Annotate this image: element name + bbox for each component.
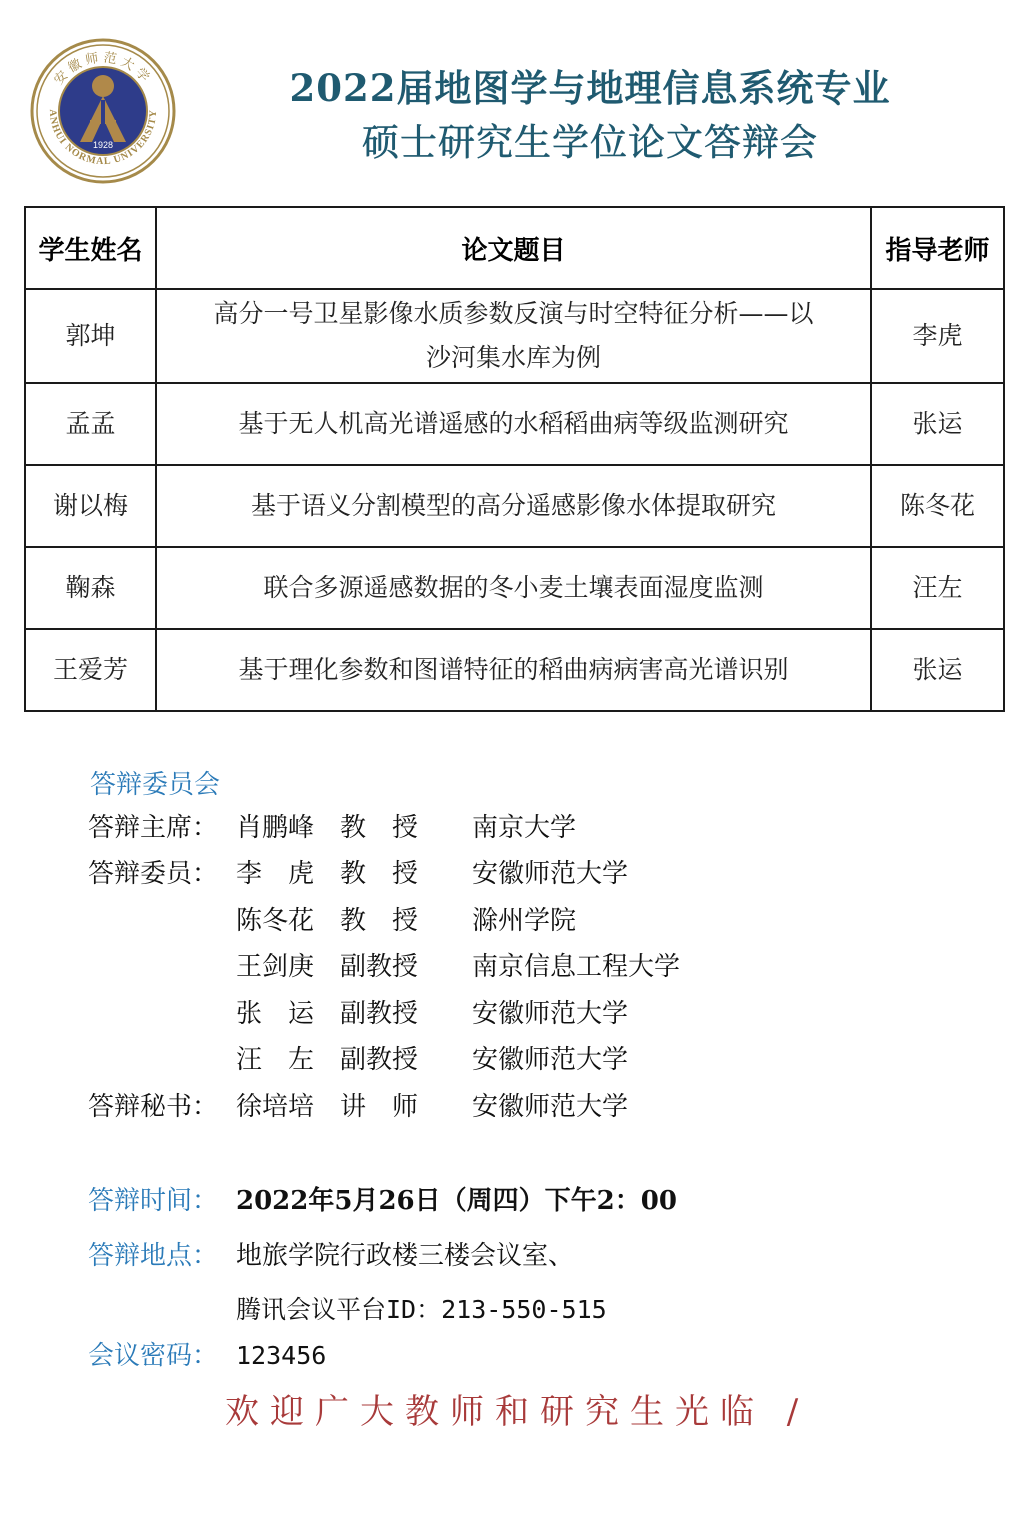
thesis-title: 联合多源遥感数据的冬小麦土壤表面湿度监测 [156,547,871,629]
member-org: 安徽师范大学 [472,1086,628,1123]
table-row: 谢以梅 基于语义分割模型的高分遥感影像水体提取研究 陈冬花 [25,465,1004,547]
university-logo: 1928 ANHUI NORMAL UNIVERSITY 安徽师范大学 [30,38,176,184]
thesis-title-line: 高分一号卫星影像水质参数反演与时空特征分析——以 [163,292,864,336]
member-name: 张 运 [236,993,340,1030]
advisor-name: 汪左 [871,547,1004,629]
member-org: 安徽师范大学 [472,993,628,1030]
member-org: 安徽师范大学 [472,1039,628,1076]
page-title: 2022届地图学与地理信息系统专业 [250,70,930,107]
table-row: 郭坤 高分一号卫星影像水质参数反演与时空特征分析——以 沙河集水库为例 李虎 [25,289,1004,383]
student-name: 鞠森 [25,547,156,629]
defense-place-online: 腾讯会议平台ID：213-550-515 [236,1290,607,1326]
header-thesis-title: 论文题目 [156,207,871,289]
member-name: 肖鹏峰 [236,807,340,844]
member-role: 答辩委员： [88,853,236,890]
member-org: 安徽师范大学 [472,853,628,890]
member-name: 汪 左 [236,1039,340,1076]
meeting-id: 腾讯会议平台ID：213-550-515 [236,1295,607,1324]
welcome-message: 欢迎广大教师和研究生光临 / [225,1384,809,1433]
student-name: 王爱芳 [25,629,156,711]
member-name: 王剑庚 [236,946,340,983]
advisor-name: 李虎 [871,289,1004,383]
student-name: 郭坤 [25,289,156,383]
member-role: 答辩秘书： [88,1086,236,1123]
member-role: 答辩主席： [88,807,236,844]
advisor-name: 张运 [871,383,1004,465]
table-header-row: 学生姓名 论文题目 指导老师 [25,207,1004,289]
thesis-title: 基于理化参数和图谱特征的稻曲病病害高光谱识别 [156,629,871,711]
defense-time: 答辩时间：2022年5月26日（周四）下午2：00 [88,1180,677,1217]
member-rank: 教 授 [340,807,472,844]
thesis-title: 基于无人机高光谱遥感的水稻稻曲病等级监测研究 [156,383,871,465]
committee-member: 王剑庚 副教授 南京信息工程大学 [88,942,680,989]
member-org: 南京大学 [472,807,576,844]
member-rank: 教 授 [340,853,472,890]
table-row: 鞠森 联合多源遥感数据的冬小麦土壤表面湿度监测 汪左 [25,547,1004,629]
advisor-name: 张运 [871,629,1004,711]
committee-member: 答辩委员： 李 虎 教 授 安徽师范大学 [88,849,680,896]
member-name: 李 虎 [236,853,340,890]
member-org: 滁州学院 [472,900,576,937]
defense-schedule-table: 学生姓名 论文题目 指导老师 郭坤 高分一号卫星影像水质参数反演与时空特征分析—… [24,206,1005,712]
member-name: 徐培培 [236,1086,340,1123]
committee-member: 汪 左 副教授 安徽师范大学 [88,1035,680,1082]
password-label: 会议密码： [88,1335,236,1372]
committee-member: 答辩主席： 肖鹏峰 教 授 南京大学 [88,802,680,849]
student-name: 孟孟 [25,383,156,465]
svg-text:1928: 1928 [93,140,113,150]
anhui-normal-university-seal-icon: 1928 ANHUI NORMAL UNIVERSITY 安徽师范大学 [30,38,176,184]
thesis-title-line: 沙河集水库为例 [163,336,864,380]
header-student-name: 学生姓名 [25,207,156,289]
meeting-password: 会议密码：123456 [88,1335,326,1372]
committee-section-title: 答辩委员会 [90,764,220,801]
table-row: 孟孟 基于无人机高光谱遥感的水稻稻曲病等级监测研究 张运 [25,383,1004,465]
header-advisor: 指导老师 [871,207,1004,289]
committee-member: 陈冬花 教 授 滁州学院 [88,895,680,942]
page-subtitle: 硕士研究生学位论文答辩会 [250,124,930,161]
thesis-title: 基于语义分割模型的高分遥感影像水体提取研究 [156,465,871,547]
place-label: 答辩地点： [88,1235,236,1272]
member-name: 陈冬花 [236,900,340,937]
committee-member: 答辩秘书： 徐培培 讲 师 安徽师范大学 [88,1081,680,1128]
place-value: 地旅学院行政楼三楼会议室、 [236,1241,574,1271]
student-name: 谢以梅 [25,465,156,547]
member-rank: 副教授 [340,946,472,983]
advisor-name: 陈冬花 [871,465,1004,547]
table-row: 王爱芳 基于理化参数和图谱特征的稻曲病病害高光谱识别 张运 [25,629,1004,711]
member-rank: 副教授 [340,1039,472,1076]
committee-member: 张 运 副教授 安徽师范大学 [88,988,680,1035]
member-rank: 教 授 [340,900,472,937]
committee-list: 答辩主席： 肖鹏峰 教 授 南京大学 答辩委员： 李 虎 教 授 安徽师范大学 … [88,802,680,1128]
password-value: 123456 [236,1341,326,1370]
time-value: 2022年5月26日（周四）下午2：00 [236,1186,677,1216]
defense-place: 答辩地点：地旅学院行政楼三楼会议室、 [88,1235,574,1272]
member-org: 南京信息工程大学 [472,946,680,983]
member-rank: 副教授 [340,993,472,1030]
thesis-title: 高分一号卫星影像水质参数反演与时空特征分析——以 沙河集水库为例 [156,289,871,383]
member-rank: 讲 师 [340,1086,472,1123]
time-label: 答辩时间： [88,1180,236,1217]
